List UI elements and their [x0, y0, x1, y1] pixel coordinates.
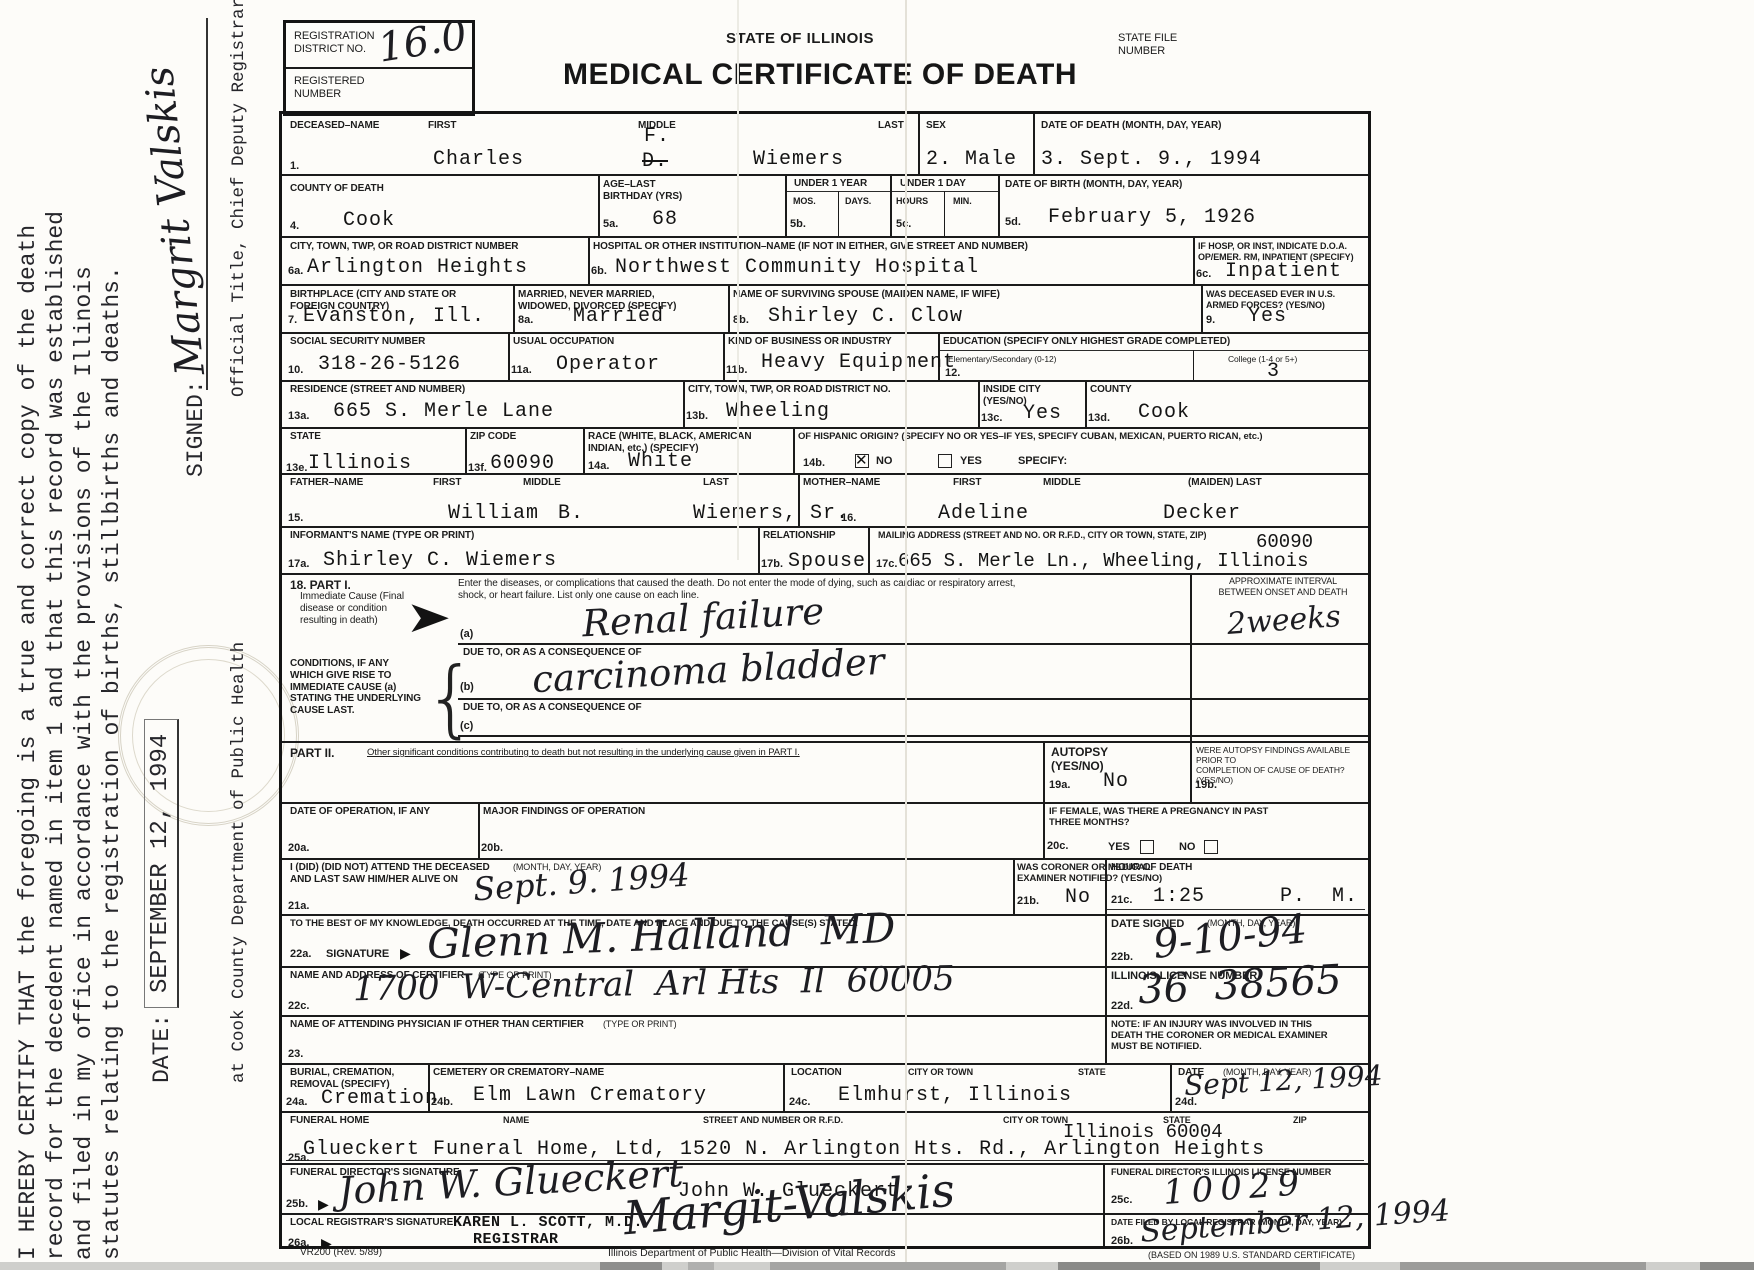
hour-of-death-value: 1:25: [1153, 887, 1205, 907]
date-of-death-label: DATE OF DEATH (MONTH, DAY, YEAR): [1041, 120, 1221, 132]
hispanic-yes-checkbox: [938, 454, 952, 468]
armed-forces-value: Yes: [1248, 307, 1287, 327]
fh-zip-col: ZIP: [1293, 1115, 1307, 1126]
relationship-label: RELATIONSHIP: [763, 530, 836, 542]
father-last-col: LAST: [703, 477, 729, 489]
date-of-birth-value: February 5, 1926: [1048, 208, 1256, 228]
item-20a-num: 20a.: [288, 843, 309, 854]
mother-first: Adeline: [938, 504, 1029, 524]
days-col-label: DAYS.: [845, 196, 871, 207]
county-of-death-value: Cook: [343, 211, 395, 231]
item-5a-num: 5a.: [603, 219, 618, 230]
ssn-value: 318-26-5126: [318, 355, 461, 375]
margin-signed-label: SIGNED:: [184, 380, 209, 477]
deceased-name-label: DECEASED–NAME: [290, 120, 379, 132]
burial-date-handwriting: Sept 12, 1994: [1183, 1059, 1383, 1102]
zip-label: ZIP CODE: [470, 431, 516, 443]
mos-col-label: MOS.: [793, 196, 816, 207]
occupation-label: USUAL OCCUPATION: [513, 336, 614, 348]
birthplace-value: Evanston, Ill.: [303, 307, 485, 327]
location-value: Elmhurst, Illinois: [838, 1086, 1072, 1106]
father-first: William: [448, 504, 539, 524]
fh-street-col: STREET AND NUMBER OR R.F.D.: [703, 1115, 843, 1126]
item-6c-num: 6c.: [1196, 269, 1211, 280]
footer-based-on: (BASED ON 1989 U.S. STANDARD CERTIFICATE…: [1148, 1250, 1355, 1260]
item-23-num: 23.: [288, 1049, 303, 1060]
arrow-icon: ➤: [405, 592, 451, 643]
city-town-value: Arlington Heights: [307, 258, 528, 278]
hispanic-no-checkbox: ✕: [855, 454, 869, 468]
part2-text: Other significant conditions contributin…: [367, 747, 1027, 758]
occupation-value: Operator: [556, 355, 660, 375]
cemetery-label: CEMETERY OR CREMATORY–NAME: [433, 1067, 604, 1079]
item-4-num: 4.: [290, 221, 299, 232]
pregnancy-label: IF FEMALE, WAS THERE A PREGNANCY IN PAST…: [1049, 806, 1268, 828]
scanned-death-certificate: I HEREBY CERTIFY THAT the foregoing is a…: [0, 0, 1754, 1270]
under-1-year-label: UNDER 1 YEAR: [794, 178, 867, 190]
scan-edge-strip: [0, 1262, 1754, 1270]
mother-last: Decker: [1163, 504, 1241, 524]
margin-date-value: SEPTEMBER 12, 1994: [144, 719, 179, 1008]
margin-signature-line: Margrit Valskis: [168, 18, 208, 390]
sex-label: SEX: [926, 120, 946, 132]
item-15-num: 15.: [288, 513, 303, 524]
inside-city-value: Yes: [1023, 404, 1062, 424]
item-8b-num: 8b.: [733, 315, 749, 326]
operation-findings-label: MAJOR FINDINGS OF OPERATION: [483, 806, 645, 818]
mother-first-col: FIRST: [953, 477, 981, 489]
item-16-num: 16.: [841, 513, 856, 524]
father-name-label: FATHER–NAME: [290, 477, 363, 489]
signature-label: SIGNATURE: [326, 948, 389, 961]
deceased-first-name: Charles: [433, 150, 524, 170]
margin-title-role: Official Title, Chief Deputy Registrar: [230, 0, 249, 397]
autopsy-label: AUTOPSY (YES/NO): [1051, 745, 1108, 773]
hospital-type-value: Inpatient: [1225, 262, 1342, 282]
residence-county-value: Cook: [1138, 403, 1190, 423]
father-first-col: FIRST: [433, 477, 461, 489]
immediate-cause-label: Immediate Cause (Final disease or condit…: [300, 591, 404, 626]
industry-value: Heavy Equipment: [761, 353, 956, 373]
funeral-home-value: Glueckert Funeral Home, Ltd, 1520 N. Arl…: [303, 1140, 1265, 1160]
footer-department: Illinois Department of Public Health—Div…: [608, 1247, 896, 1259]
state-label: STATE: [290, 431, 321, 443]
state-value: Illinois: [308, 454, 412, 474]
item-5d-num: 5d.: [1005, 217, 1021, 228]
local-registrar-title: REGISTRAR: [473, 1232, 559, 1247]
city-town-label: CITY, TOWN, TWP, OR ROAD DISTRICT NUMBER: [290, 241, 518, 253]
item-21c-num: 21c.: [1111, 895, 1132, 906]
item-21a-num: 21a.: [288, 901, 309, 912]
item-19b-num: 19b.: [1195, 780, 1217, 791]
item-25b-num: 25b.: [286, 1199, 308, 1210]
part2-head: PART II.: [290, 746, 334, 760]
fold-crease-top: [737, 0, 739, 560]
operation-date-label: DATE OF OPERATION, IF ANY: [290, 806, 430, 818]
item-20c-num: 20c.: [1047, 841, 1068, 852]
item-22c-num: 22c.: [288, 1001, 309, 1012]
education-college-label: College (1-4 or 5+): [1228, 354, 1297, 364]
pregnancy-yes-label: YES: [1108, 841, 1130, 854]
item-22d-num: 22d.: [1111, 1001, 1133, 1012]
autopsy-findings-label: WERE AUTOPSY FINDINGS AVAILABLE PRIOR TO…: [1196, 745, 1368, 785]
hospital-label: HOSPITAL OR OTHER INSTITUTION–NAME (IF N…: [593, 241, 1153, 253]
county-of-death-label: COUNTY OF DEATH: [290, 183, 384, 195]
deceased-middle-corrected: F.: [644, 127, 670, 147]
item-14a-num: 14a.: [588, 461, 609, 472]
hispanic-specify-label: SPECIFY:: [1018, 455, 1067, 468]
hispanic-no-label: NO: [876, 455, 892, 468]
spouse-label: NAME OF SURVIVING SPOUSE (MAIDEN NAME, I…: [733, 289, 1000, 301]
pointer-icon: ▶: [400, 945, 411, 962]
autopsy-value: No: [1103, 772, 1129, 792]
item-13a-num: 13a.: [288, 411, 309, 422]
item-11a-num: 11a.: [511, 365, 532, 376]
item-13f-num: 13f.: [468, 463, 487, 474]
deceased-middle-struck: D.: [642, 152, 668, 172]
first-col-label: FIRST: [428, 120, 456, 132]
age-label: AGE–LAST BIRTHDAY (YRS): [603, 179, 682, 203]
certification-line: I HEREBY CERTIFY THAT the foregoing is a…: [16, 225, 41, 1260]
father-middle: B.: [558, 504, 584, 524]
residence-value: 665 S. Merle Lane: [333, 402, 554, 422]
pointer-icon: ▶: [318, 1196, 329, 1213]
zip-value: 60090: [490, 454, 555, 474]
under-1-day-label: UNDER 1 DAY: [900, 178, 966, 190]
registrar-margin-signature: Margrit Valskis: [136, 64, 214, 377]
mother-name-label: MOTHER–NAME: [803, 477, 880, 489]
mother-middle-col: MIDDLE: [1043, 477, 1081, 489]
interval-a-handwriting: 2weeks: [1226, 599, 1342, 642]
item-13d-num: 13d.: [1088, 413, 1110, 424]
item-26b-num: 26b.: [1111, 1236, 1133, 1247]
certification-line: record for the decedent named in item 1 …: [44, 211, 69, 1260]
registration-district-label: REGISTRATION DISTRICT NO.: [294, 30, 375, 56]
education-label: EDUCATION (SPECIFY ONLY HIGHEST GRADE CO…: [943, 336, 1230, 348]
checked-checkbox-icon: ✕: [855, 451, 868, 469]
cause-line-c-marker: (c): [460, 720, 473, 733]
state-file-number-label: STATE FILE NUMBER: [1118, 32, 1177, 58]
funeral-home-label: FUNERAL HOME: [290, 1115, 369, 1127]
cause-line-b-marker: (b): [460, 681, 474, 694]
hour-of-death-label: HOUR OF DEATH: [1111, 862, 1192, 874]
informant-label: INFORMANT'S NAME (TYPE OR PRINT): [290, 530, 474, 542]
attended-date-handwriting: Sept. 9. 1994: [472, 855, 691, 908]
item-6b-num: 6b.: [591, 266, 607, 277]
item-12-num: 12.: [945, 368, 960, 379]
age-value: 68: [652, 210, 678, 230]
min-col-label: MIN.: [953, 196, 972, 207]
burial-value: Cremation: [321, 1089, 438, 1109]
coroner-value: No: [1065, 888, 1091, 908]
item-24c-num: 24c.: [789, 1097, 810, 1108]
relationship-value: Spouse: [788, 552, 866, 572]
certification-line: statutes relating to the registration of…: [100, 266, 125, 1260]
attending-sub-label: (TYPE OR PRINT): [603, 1019, 677, 1030]
residence-city-label: CITY, TOWN, TWP, OR ROAD DISTRICT NO.: [688, 384, 891, 396]
item-17b-num: 17b.: [761, 559, 783, 570]
location-state-col: STATE: [1078, 1067, 1106, 1078]
injury-note-text: NOTE: IF AN INJURY WAS INVOLVED IN THIS …: [1111, 1019, 1328, 1053]
mailing-value: 665 S. Merle Ln., Wheeling, Illinois: [898, 552, 1308, 571]
item-9-num: 9.: [1206, 315, 1215, 326]
hours-col-label: HOURS: [896, 196, 928, 207]
date-of-death-value: 3. Sept. 9., 1994: [1041, 150, 1262, 170]
race-value: White: [628, 452, 693, 472]
local-registrar-sig-label: LOCAL REGISTRAR'S SIGNATURE: [290, 1217, 453, 1229]
residence-county-label: COUNTY: [1090, 384, 1132, 396]
hispanic-yes-label: YES: [960, 455, 982, 468]
item-25c-num: 25c.: [1111, 1195, 1132, 1206]
residence-label: RESIDENCE (STREET AND NUMBER): [290, 384, 465, 396]
pregnancy-no-label: NO: [1179, 841, 1195, 854]
certificate-title: MEDICAL CERTIFICATE OF DEATH: [510, 58, 1130, 92]
father-last: Wiemers, Sr.: [693, 504, 849, 524]
marital-value: Married: [573, 307, 664, 327]
margin-date-label: DATE:: [150, 1014, 175, 1083]
location-label: LOCATION: [791, 1067, 842, 1079]
item-13b-num: 13b.: [686, 411, 708, 422]
hispanic-label: OF HISPANIC ORIGIN? (SPECIFY NO OR YES–I…: [798, 431, 1363, 442]
registered-number-label: REGISTERED NUMBER: [294, 75, 365, 101]
item-20b-num: 20b.: [481, 843, 503, 854]
item-1-num: 1.: [290, 161, 299, 172]
item-5c-num: 5c.: [896, 219, 911, 230]
registration-district-value: 16.0: [375, 12, 470, 71]
item-7-num: 7.: [288, 315, 297, 326]
education-elementary-label: Elementary/Secondary (0-12): [948, 354, 1056, 364]
item-5b-num: 5b.: [790, 219, 806, 230]
local-registrar-typed-name: KAREN L. SCOTT, M.D.: [453, 1215, 643, 1230]
margin-title-org: at Cook County Department of Public Heal…: [230, 642, 249, 1083]
hour-am-pm: P. M.: [1280, 887, 1358, 907]
location-city-col: CITY OR TOWN: [908, 1067, 973, 1078]
item-13e-num: 13e.: [286, 463, 307, 474]
attending-physician-label: NAME OF ATTENDING PHYSICIAN IF OTHER THA…: [290, 1019, 584, 1031]
item-6a-num: 6a.: [288, 266, 303, 277]
cemetery-value: Elm Lawn Crematory: [473, 1086, 707, 1106]
certification-line: and filed in my office in accordance wit…: [72, 266, 97, 1260]
left-margin-certification: I HEREBY CERTIFY THAT the foregoing is a…: [0, 0, 272, 1270]
fh-city-col: CITY OR TOWN: [1003, 1115, 1068, 1126]
ssn-label: SOCIAL SECURITY NUMBER: [290, 336, 425, 348]
item-8a-num: 8a.: [518, 315, 533, 326]
item-22a-num: 22a.: [290, 949, 311, 960]
form-number: VR200 (Rev. 5/89): [300, 1247, 382, 1258]
certificate-form: DECEASED–NAME FIRST MIDDLE LAST 1. Charl…: [279, 111, 1371, 1249]
industry-label: KIND OF BUSINESS OR INDUSTRY: [728, 336, 892, 348]
deceased-last-name: Wiemers: [753, 150, 844, 170]
item-21b-num: 21b.: [1017, 896, 1039, 907]
spouse-value: Shirley C. Clow: [768, 307, 963, 327]
cause-line-a-marker: (a): [460, 628, 473, 641]
conditions-label: CONDITIONS, IF ANY WHICH GIVE RISE TO IM…: [290, 658, 421, 717]
hospital-value: Northwest Community Hospital: [615, 258, 979, 278]
registration-district-box: REGISTRATION DISTRICT NO. REGISTERED NUM…: [283, 20, 475, 116]
interval-label: APPROXIMATE INTERVAL BETWEEN ONSET AND D…: [1208, 576, 1358, 597]
item-13c-num: 13c.: [981, 413, 1002, 424]
father-middle-col: MIDDLE: [523, 477, 561, 489]
item-24b-num: 24b.: [431, 1097, 453, 1108]
state-title: STATE OF ILLINOIS: [640, 30, 960, 48]
education-college-value: 3: [1267, 362, 1280, 382]
item-19a-num: 19a.: [1049, 780, 1070, 791]
item-14b-num: 14b.: [803, 458, 825, 469]
fh-name-col: NAME: [503, 1115, 529, 1126]
last-col-label: LAST: [878, 120, 904, 132]
residence-city-value: Wheeling: [726, 402, 830, 422]
date-of-birth-label: DATE OF BIRTH (MONTH, DAY, YEAR): [1005, 179, 1182, 191]
license-number-handwriting: 36 38565: [1137, 957, 1343, 1014]
due-to-2-label: DUE TO, OR AS A CONSEQUENCE OF: [463, 702, 642, 714]
fold-crease: [905, 0, 907, 1270]
item-22b-num: 22b.: [1111, 952, 1133, 963]
item-10-num: 10.: [288, 365, 303, 376]
attended-label: I (DID) (DID NOT) ATTEND THE DECEASED AN…: [290, 862, 490, 886]
informant-value: Shirley C. Wiemers: [323, 551, 557, 571]
item-24a-num: 24a.: [286, 1097, 307, 1108]
pregnancy-no-checkbox: [1204, 840, 1218, 854]
pregnancy-yes-checkbox: [1140, 840, 1154, 854]
sex-value: 2. Male: [926, 150, 1017, 170]
mother-maiden-col: (MAIDEN) LAST: [1188, 477, 1262, 489]
item-17c-num: 17c.: [876, 559, 897, 570]
item-17a-num: 17a.: [288, 559, 309, 570]
